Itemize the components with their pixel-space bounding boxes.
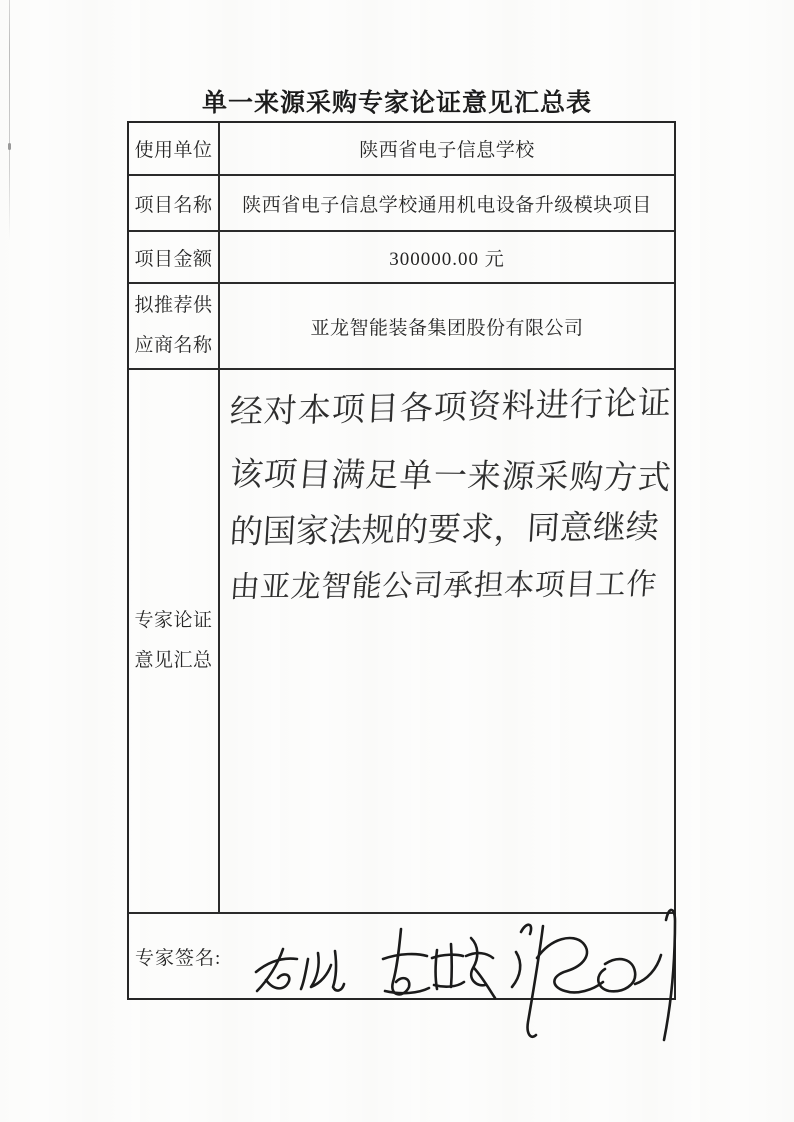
table-row-project-name: 项目名称 陕西省电子信息学校通用机电设备升级模块项目 bbox=[129, 174, 674, 230]
label-line: 应商名称 bbox=[134, 326, 212, 366]
value-expert-opinion: 经对本项目各项资料进行论证 该项目满足单一来源采购方式 的国家法规的要求，同意继… bbox=[220, 370, 674, 912]
label-project-name: 项目名称 bbox=[129, 176, 220, 230]
table-row-expert-signatures: 专家签名: bbox=[129, 912, 674, 998]
label-line: 意见汇总 bbox=[134, 641, 212, 681]
scan-artifact-line bbox=[9, 0, 10, 240]
label-project-amount: 项目金额 bbox=[129, 232, 220, 282]
handwriting-line: 的国家法规的要求，同意继续 bbox=[229, 501, 661, 553]
label-using-unit: 使用单位 bbox=[129, 123, 220, 174]
table-row-project-amount: 项目金额 300000.00 元 bbox=[129, 230, 674, 282]
label-recommended-supplier: 拟推荐供 应商名称 bbox=[129, 284, 220, 368]
expert-signature-label: 专家签名: bbox=[129, 914, 674, 998]
table-row-using-unit: 使用单位 陕西省电子信息学校 bbox=[129, 123, 674, 174]
table-row-expert-opinion: 专家论证 意见汇总 经对本项目各项资料进行论证 该项目满足单一来源采购方式 的国… bbox=[129, 368, 674, 912]
label-line: 专家论证 bbox=[134, 601, 212, 641]
value-recommended-supplier: 亚龙智能装备集团股份有限公司 bbox=[220, 284, 674, 368]
scan-artifact-dot bbox=[8, 143, 11, 150]
handwriting-line: 该项目满足单一来源采购方式 bbox=[228, 448, 675, 499]
handwriting-line: 经对本项目各项资料进行论证 bbox=[229, 377, 673, 433]
scanned-document-page: 单一来源采购专家论证意见汇总表 使用单位 陕西省电子信息学校 项目名称 陕西省电… bbox=[0, 0, 794, 1122]
value-project-name: 陕西省电子信息学校通用机电设备升级模块项目 bbox=[220, 176, 674, 230]
table-row-recommended-supplier: 拟推荐供 应商名称 亚龙智能装备集团股份有限公司 bbox=[129, 282, 674, 368]
value-project-amount: 300000.00 元 bbox=[220, 232, 674, 282]
handwriting-line: 由亚龙智能公司承担本项目工作 bbox=[228, 559, 659, 606]
label-expert-opinion: 专家论证 意见汇总 bbox=[129, 370, 220, 912]
summary-table: 使用单位 陕西省电子信息学校 项目名称 陕西省电子信息学校通用机电设备升级模块项… bbox=[127, 121, 676, 1000]
label-line: 拟推荐供 bbox=[134, 286, 212, 326]
document-title: 单一来源采购专家论证意见汇总表 bbox=[0, 83, 794, 119]
value-using-unit: 陕西省电子信息学校 bbox=[220, 123, 674, 174]
